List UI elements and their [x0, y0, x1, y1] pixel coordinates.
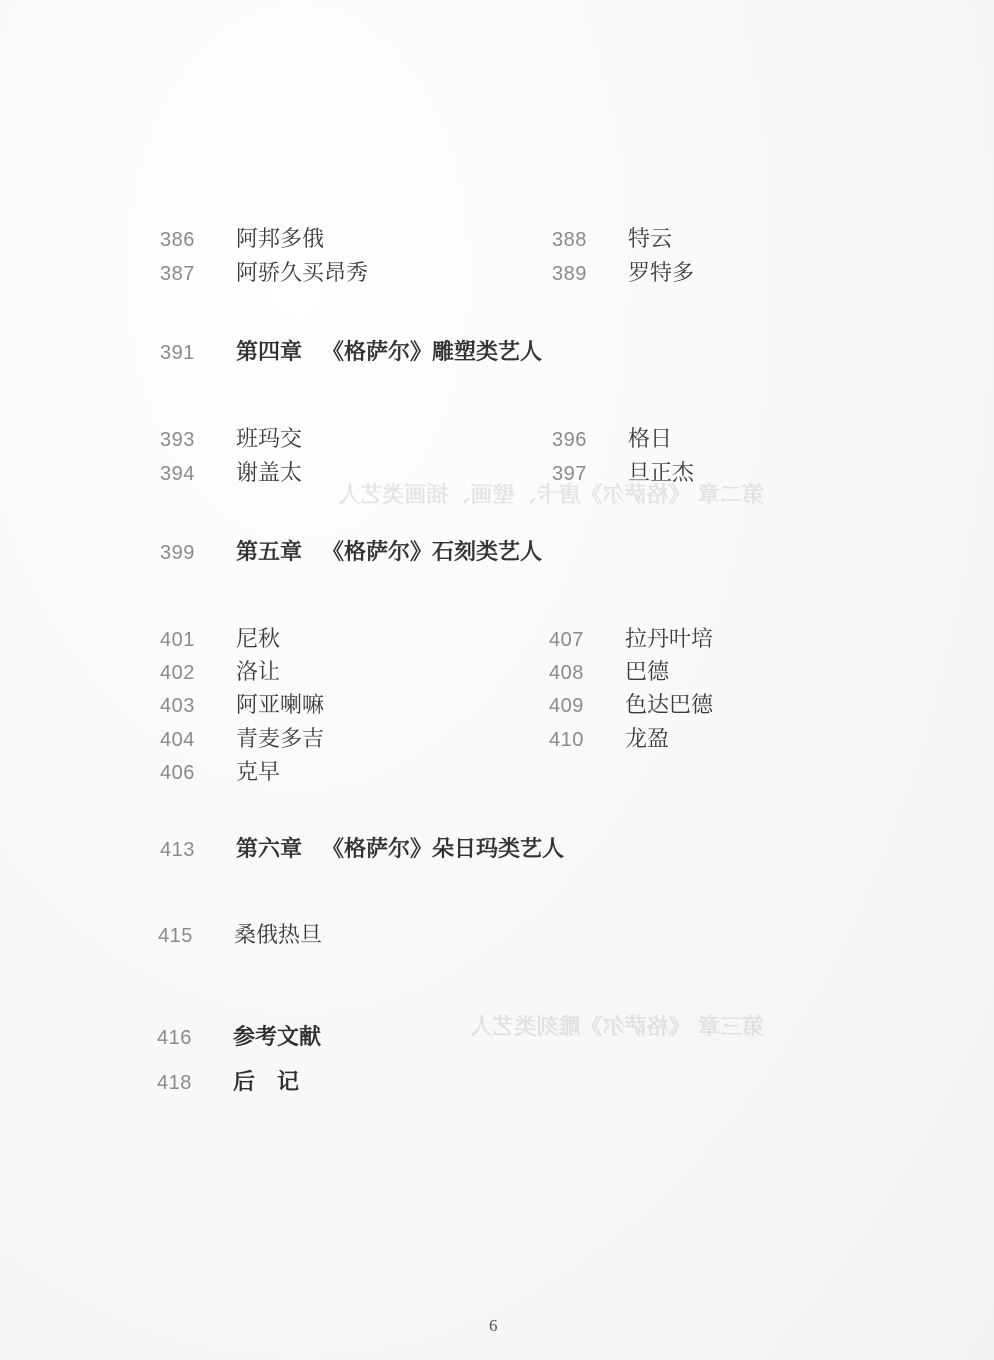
entry-name: 洛让 — [236, 655, 280, 686]
chapter-page: 391 — [160, 342, 236, 365]
toc-entry: 394 谢盖太 — [160, 456, 302, 487]
entry-page: 407 — [549, 629, 625, 652]
entry-name: 阿邦多俄 — [236, 222, 324, 253]
entry-page: 415 — [158, 925, 234, 948]
chapter-title: 《格萨尔》雕塑类艺人 — [322, 335, 542, 366]
entry-page: 396 — [552, 429, 628, 452]
toc-entry: 393 班玛交 — [160, 422, 302, 453]
chapter-label: 第六章 — [236, 832, 302, 863]
entry-page: 402 — [160, 662, 236, 685]
entry-page: 403 — [160, 695, 236, 718]
entry-name: 后 记 — [233, 1065, 299, 1096]
entry-page: 409 — [549, 695, 625, 718]
entry-page: 389 — [552, 263, 628, 286]
entry-page: 397 — [552, 463, 628, 486]
toc-entry: 401 尼秋 — [160, 622, 280, 653]
entry-page: 393 — [160, 429, 236, 452]
chapter-heading-4: 391 第四章 《格萨尔》雕塑类艺人 — [160, 335, 542, 366]
toc-entry-afterword: 418 后 记 — [157, 1065, 299, 1096]
bleed-through-layer: 第二章 《格萨尔》唐卡、壁画、插画类艺人 第三章 《格萨尔》雕刻类艺人 — [0, 0, 994, 1360]
entry-page: 386 — [160, 229, 236, 252]
entry-name: 克早 — [236, 755, 280, 786]
chapter-heading-6: 413 第六章 《格萨尔》朵日玛类艺人 — [160, 832, 564, 863]
entry-name: 拉丹叶培 — [625, 622, 713, 653]
entry-page: 410 — [549, 729, 625, 752]
toc-entry: 387 阿骄久买昂秀 — [160, 256, 368, 287]
chapter-label: 第五章 — [236, 535, 302, 566]
entry-name: 桑俄热旦 — [234, 918, 322, 949]
entry-name: 参考文献 — [233, 1020, 321, 1051]
entry-name: 特云 — [628, 222, 672, 253]
chapter-title: 《格萨尔》朵日玛类艺人 — [322, 832, 564, 863]
toc-entry: 408 巴德 — [549, 655, 669, 686]
toc-entry: 409 色达巴德 — [549, 688, 713, 719]
chapter-page: 413 — [160, 839, 236, 862]
toc-entry: 397 旦正杰 — [552, 456, 694, 487]
entry-name: 龙盈 — [625, 722, 669, 753]
toc-entry: 407 拉丹叶培 — [549, 622, 713, 653]
toc-entry: 396 格日 — [552, 422, 672, 453]
entry-page: 394 — [160, 463, 236, 486]
toc-entry: 406 克早 — [160, 755, 280, 786]
toc-entry-references: 416 参考文献 — [157, 1020, 321, 1051]
scanned-page: 第二章 《格萨尔》唐卡、壁画、插画类艺人 第三章 《格萨尔》雕刻类艺人 386 … — [0, 0, 994, 1360]
chapter-title: 《格萨尔》石刻类艺人 — [322, 535, 542, 566]
chapter-heading-5: 399 第五章 《格萨尔》石刻类艺人 — [160, 535, 542, 566]
toc-entry: 386 阿邦多俄 — [160, 222, 324, 253]
entry-page: 416 — [157, 1027, 233, 1050]
entry-name: 青麦多吉 — [236, 722, 324, 753]
entry-page: 401 — [160, 629, 236, 652]
entry-page: 418 — [157, 1072, 233, 1095]
entry-page: 388 — [552, 229, 628, 252]
entry-name: 阿亚喇嘛 — [236, 688, 324, 719]
entry-name: 罗特多 — [628, 256, 694, 287]
toc-entry: 415 桑俄热旦 — [158, 918, 322, 949]
entry-name: 阿骄久买昂秀 — [236, 256, 368, 287]
entry-page: 406 — [160, 762, 236, 785]
toc-entry: 388 特云 — [552, 222, 672, 253]
chapter-label: 第四章 — [236, 335, 302, 366]
bleed-chapter-heading-2: 第三章 《格萨尔》雕刻类艺人 — [470, 1010, 764, 1041]
toc-entry: 403 阿亚喇嘛 — [160, 688, 324, 719]
entry-name: 谢盖太 — [236, 456, 302, 487]
entry-name: 旦正杰 — [628, 456, 694, 487]
entry-name: 尼秋 — [236, 622, 280, 653]
entry-page: 387 — [160, 263, 236, 286]
entry-name: 班玛交 — [236, 422, 302, 453]
entry-name: 格日 — [628, 422, 672, 453]
entry-name: 巴德 — [625, 655, 669, 686]
toc-entry: 404 青麦多吉 — [160, 722, 324, 753]
entry-page: 408 — [549, 662, 625, 685]
toc-entry: 389 罗特多 — [552, 256, 694, 287]
chapter-page: 399 — [160, 542, 236, 565]
toc-entry: 410 龙盈 — [549, 722, 669, 753]
entry-page: 404 — [160, 729, 236, 752]
entry-name: 色达巴德 — [625, 688, 713, 719]
toc-entry: 402 洛让 — [160, 655, 280, 686]
page-number: 6 — [489, 1316, 498, 1336]
